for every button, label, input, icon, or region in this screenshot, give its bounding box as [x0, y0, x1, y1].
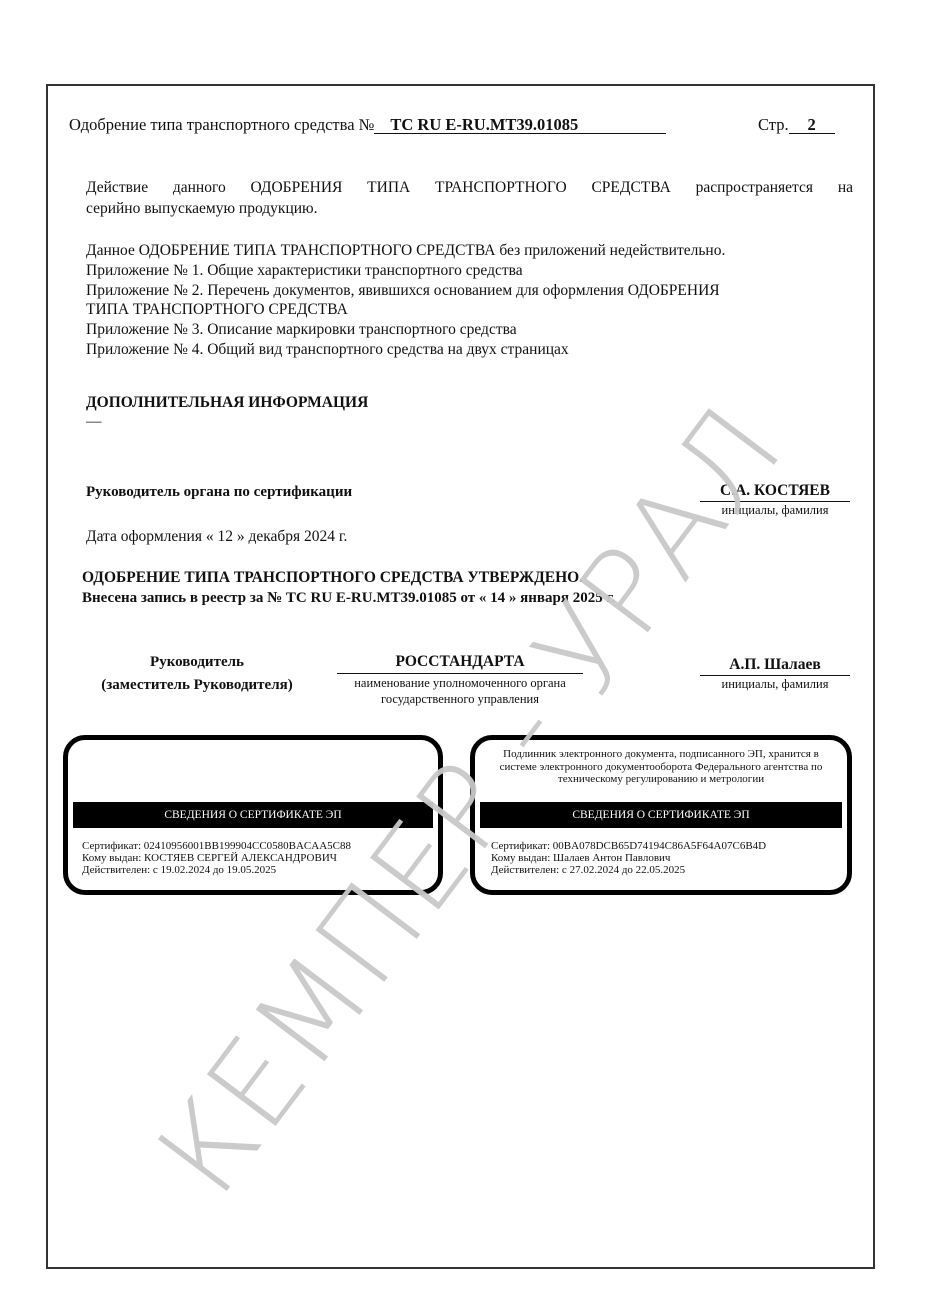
certificate-issued-to: Кому выдан: Шалаев Антон Павлович: [491, 852, 766, 864]
certificate-info-bar: СВЕДЕНИЯ О СЕРТИФИКАТЕ ЭП: [73, 802, 433, 828]
document-header: Одобрение типа транспортного средства №T…: [69, 115, 666, 135]
organization-line: [337, 673, 583, 674]
additional-info-title: ДОПОЛНИТЕЛЬНАЯ ИНФОРМАЦИЯ: [86, 393, 368, 413]
certification-body-role: Руководитель органа по сертификации: [86, 482, 352, 502]
page-number: 2: [789, 116, 835, 134]
certificate-validity: Действителен: с 19.02.2024 до 19.05.2025: [82, 864, 351, 876]
certificate-serial: Сертификат: 02410956001BB199904CC0580BAC…: [82, 840, 351, 852]
annex-1: Приложение № 1. Общие характеристики тра…: [86, 261, 523, 281]
certification-body-name-caption: инициалы, фамилия: [700, 503, 850, 518]
approval-line-2: Внесена запись в реестр за № TC RU E-RU.…: [82, 590, 615, 607]
certificate-note: Подлинник электронного документа, подпис…: [475, 748, 847, 786]
annex-2-continued: ТИПА ТРАНСПОРТНОГО СРЕДСТВА: [86, 300, 348, 320]
header-title: Одобрение типа транспортного средства №: [69, 115, 374, 134]
annex-3: Приложение № 3. Описание маркировки тран…: [86, 320, 517, 340]
scope-line-2: серийно выпускаемую продукцию.: [86, 199, 318, 219]
authority-signature-line: [700, 675, 850, 676]
approval-number: TC RU E-RU.MT39.01085: [374, 116, 666, 134]
signature-line: [700, 501, 850, 502]
authority-name: А.П. Шалаев: [700, 656, 850, 674]
validity-statement: Данное ОДОБРЕНИЕ ТИПА ТРАНСПОРТНОГО СРЕД…: [86, 241, 725, 261]
page-indicator: Стр.2: [758, 115, 835, 135]
issue-date: Дата оформления « 12 » декабря 2024 г.: [86, 527, 347, 547]
authority-role-line-2: (заместитель Руководителя): [84, 677, 310, 694]
additional-info-value: —: [86, 412, 102, 432]
authority-role-line-1: Руководитель: [84, 654, 310, 671]
organization-caption-line-1: наименование уполномоченного органа: [337, 676, 583, 691]
annex-2: Приложение № 2. Перечень документов, яви…: [86, 281, 720, 301]
signature-certificate-stamp-2: Подлинник электронного документа, подпис…: [470, 735, 852, 895]
organization-caption-line-2: государственного управления: [337, 692, 583, 707]
signature-certificate-stamp-1: СВЕДЕНИЯ О СЕРТИФИКАТЕ ЭП Сертификат: 02…: [63, 735, 443, 895]
scope-line-1: Действие данного ОДОБРЕНИЯ ТИПА ТРАНСПОР…: [86, 178, 853, 198]
annex-4: Приложение № 4. Общий вид транспортного …: [86, 340, 569, 360]
certificate-info-bar: СВЕДЕНИЯ О СЕРТИФИКАТЕ ЭП: [480, 802, 842, 828]
certificate-validity: Действителен: с 27.02.2024 до 22.05.2025: [491, 864, 766, 876]
certificate-issued-to: Кому выдан: КОСТЯЕВ СЕРГЕЙ АЛЕКСАНДРОВИЧ: [82, 852, 351, 864]
authority-organization: РОССТАНДАРТА: [337, 653, 583, 671]
certification-body-name: С.А. КОСТЯЕВ: [700, 482, 850, 500]
certificate-serial: Сертификат: 00BA078DCB65D74194C86A5F64A0…: [491, 840, 766, 852]
authority-name-caption: инициалы, фамилия: [700, 677, 850, 692]
page-label: Стр.: [758, 115, 789, 134]
approval-line-1: ОДОБРЕНИЕ ТИПА ТРАНСПОРТНОГО СРЕДСТВА УТ…: [82, 569, 583, 587]
